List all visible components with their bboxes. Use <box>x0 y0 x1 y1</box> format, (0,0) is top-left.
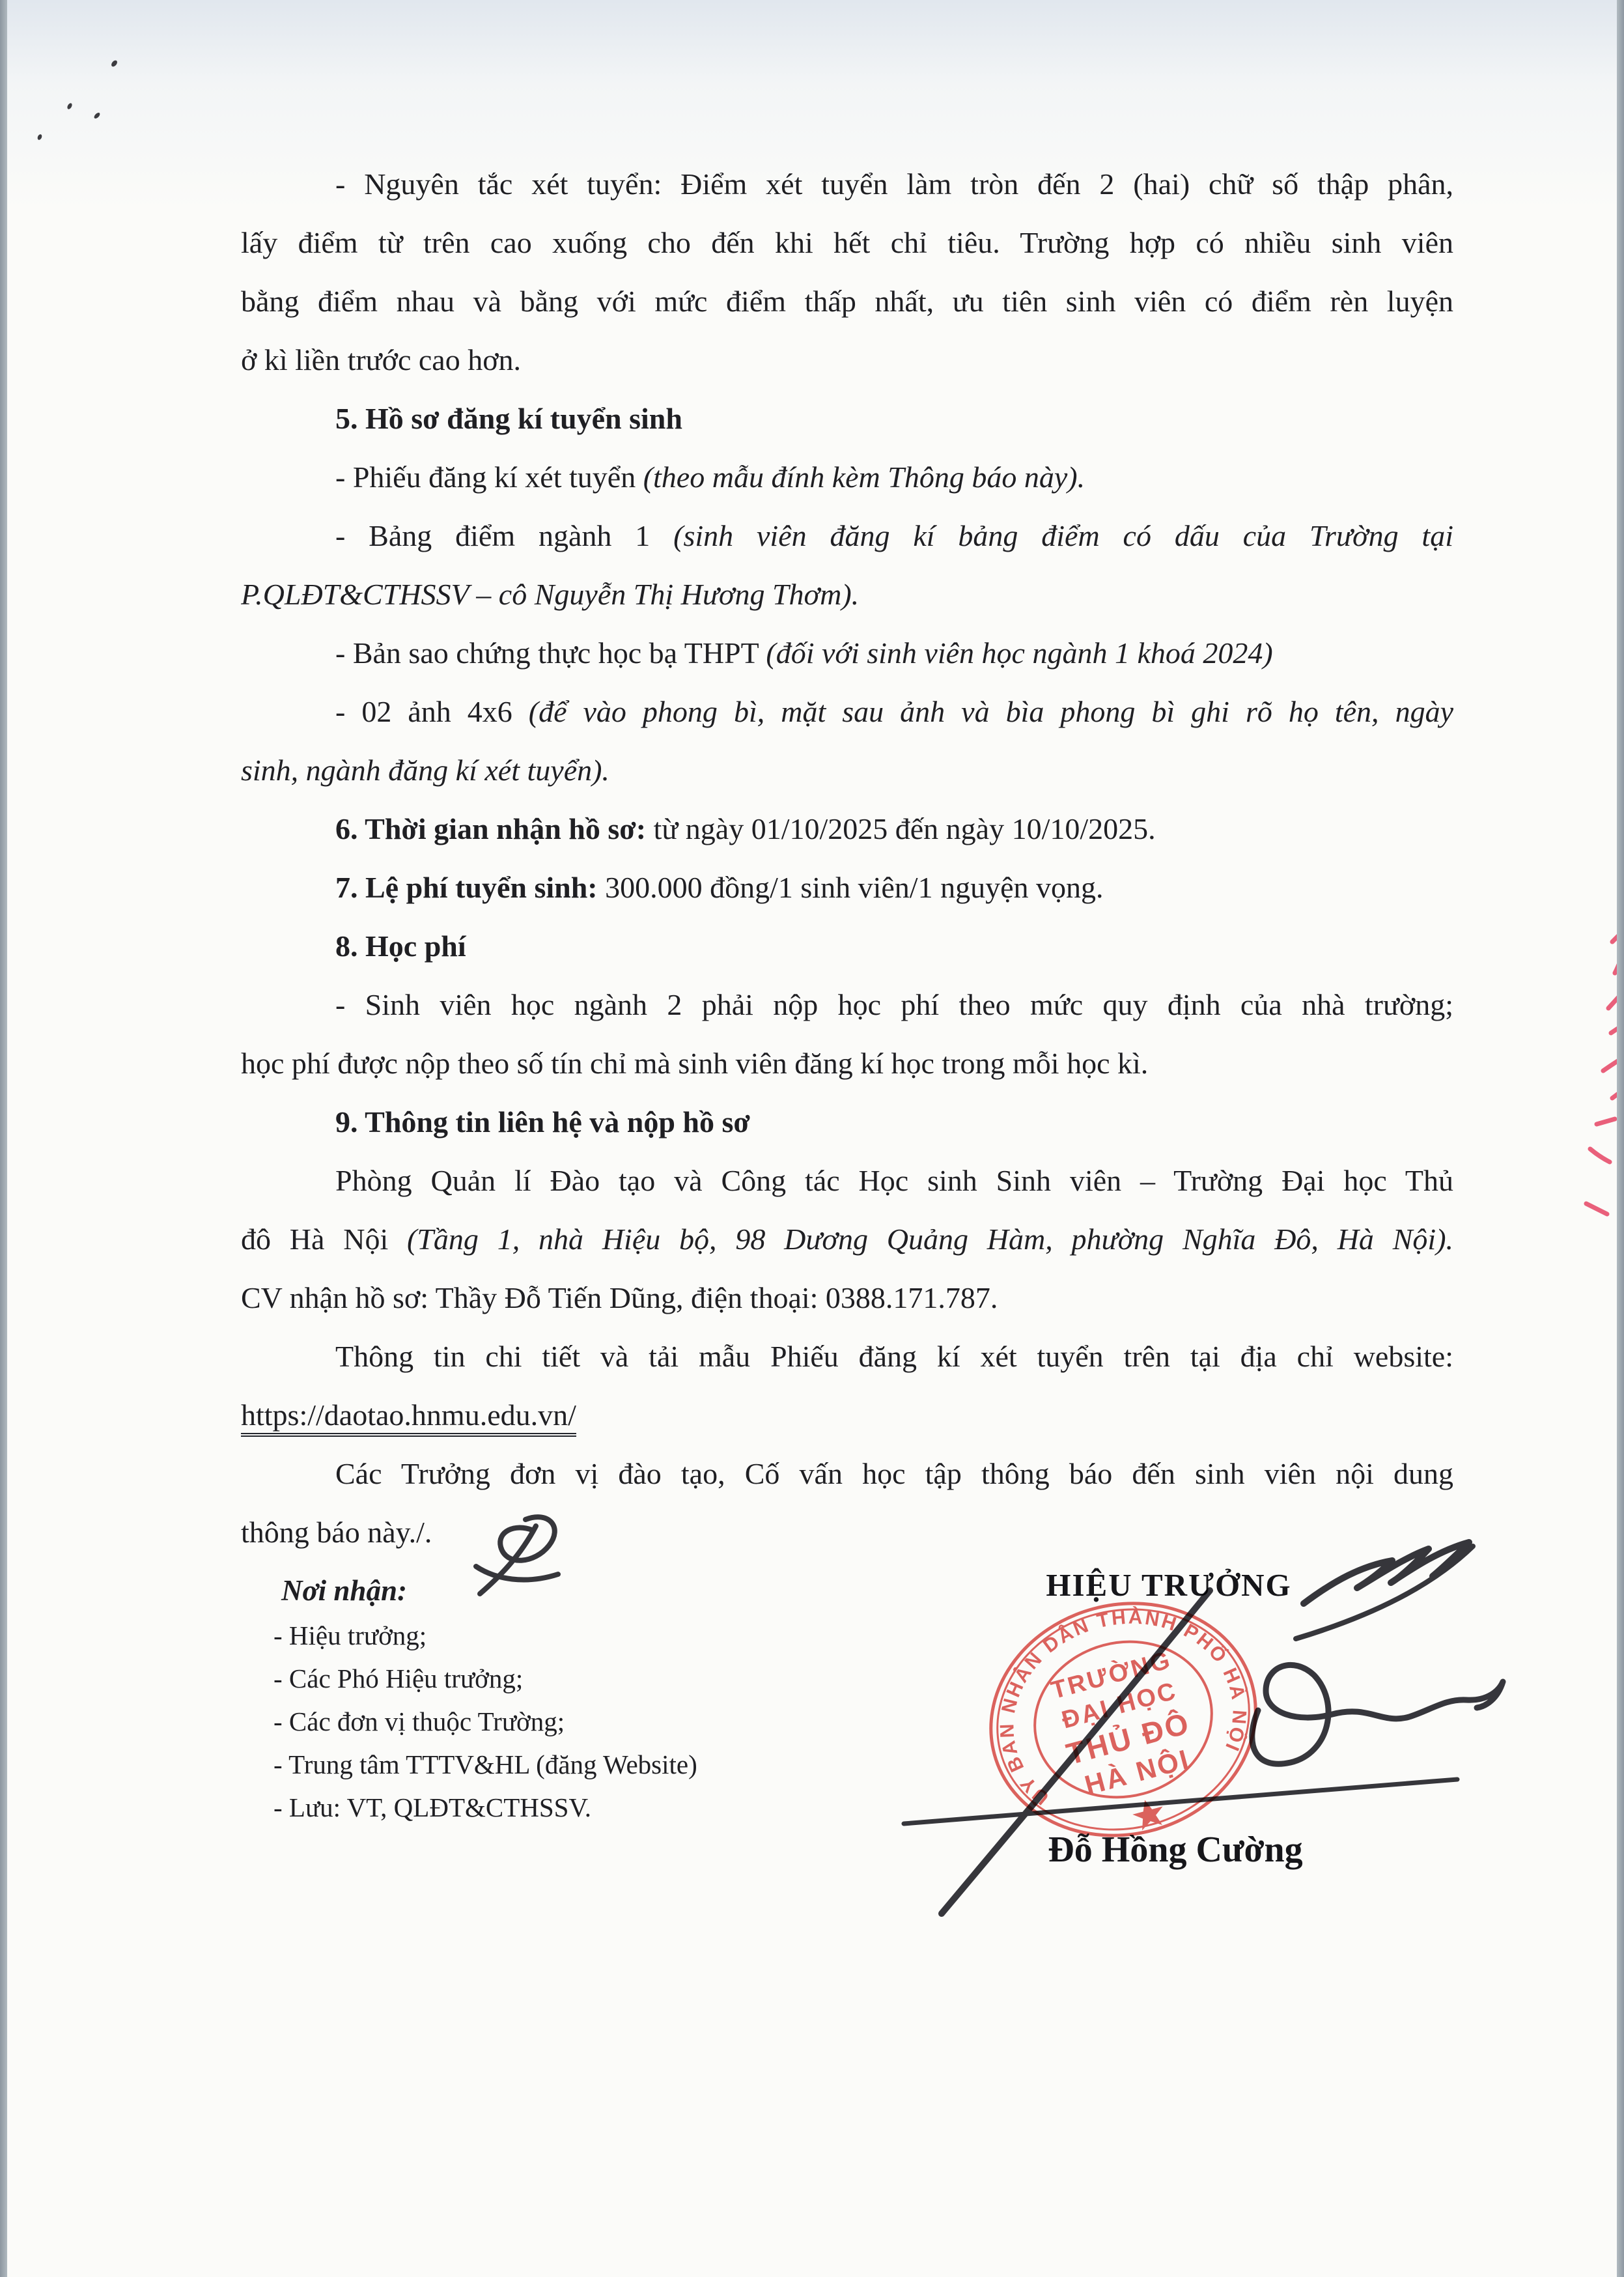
text-run: Các Trưởng đơn vị đào tạo, Cố vấn học tậ… <box>335 1457 1453 1490</box>
text-run: - Bản sao chứng thực học bạ THPT <box>335 636 766 670</box>
scan-edge-right <box>1617 0 1624 2277</box>
text-run: 6. Thời gian nhận hồ sơ: <box>335 812 646 845</box>
text-run: P.QLĐT&CTHSSV – cô Nguyễn Thị Hương Thơm… <box>241 578 859 611</box>
text-run: ở kì liền trước cao hơn. <box>241 343 521 376</box>
doc-line: - Phiếu đăng kí xét tuyển (theo mẫu đính… <box>241 448 1453 507</box>
text-run: - Nguyên tắc xét tuyển: Điểm xét tuyển l… <box>335 167 1453 201</box>
text-run: bằng điểm nhau và bằng với mức điểm thấp… <box>241 285 1453 318</box>
text-run: thông báo này./. <box>241 1516 432 1549</box>
doc-line: - 02 ảnh 4x6 (để vào phong bì, mặt sau ả… <box>241 683 1453 741</box>
text-run: sinh, ngành đăng kí xét tuyển). <box>241 754 609 787</box>
text-run: 8. Học phí <box>335 929 466 963</box>
doc-line: Phòng Quản lí Đào tạo và Công tác Học si… <box>241 1152 1453 1210</box>
recipients-block: Nơi nhận: - Hiệu trưởng; - Các Phó Hiệu … <box>273 1567 860 1829</box>
text-run: Phòng Quản lí Đào tạo và Công tác Học si… <box>335 1164 1453 1197</box>
document-body: - Nguyên tắc xét tuyển: Điểm xét tuyển l… <box>241 155 1453 1562</box>
text-run: - Bảng điểm ngành 1 <box>335 519 673 552</box>
text-run: 300.000 đồng/1 sinh viên/1 nguyện vọng. <box>598 871 1104 904</box>
dust-speck <box>110 59 118 68</box>
approval-initial <box>466 1501 576 1605</box>
doc-line: P.QLĐT&CTHSSV – cô Nguyễn Thị Hương Thơm… <box>241 565 1453 624</box>
text-run: (Tầng 1, nhà Hiệu bộ, 98 Dương Quảng Hàm… <box>407 1223 1453 1256</box>
recipient-item: - Hiệu trưởng; <box>273 1614 860 1657</box>
text-run: (đối với sinh viên học ngành 1 khoá 2024… <box>766 636 1272 670</box>
text-run: CV nhận hồ sơ: Thầy Đỗ Tiến Dũng, điện t… <box>241 1281 998 1314</box>
doc-line: Các Trưởng đơn vị đào tạo, Cố vấn học tậ… <box>241 1445 1453 1503</box>
doc-heading-7: 7. Lệ phí tuyển sinh: 300.000 đồng/1 sin… <box>241 858 1453 917</box>
doc-line: https://daotao.hnmu.edu.vn/ <box>241 1386 1453 1445</box>
dust-speck <box>93 111 101 119</box>
recipient-item: - Các đơn vị thuộc Trường; <box>273 1700 860 1743</box>
signature-ink <box>879 1518 1537 1941</box>
text-run: (sinh viên đăng kí bảng điểm có dấu của … <box>673 519 1453 552</box>
text-run: từ ngày 01/10/2025 đến ngày 10/10/2025. <box>646 812 1156 845</box>
dust-speck <box>36 134 42 141</box>
text-run: 5. Hồ sơ đăng kí tuyển sinh <box>335 402 682 435</box>
website-link[interactable]: https://daotao.hnmu.edu.vn/ <box>241 1398 576 1437</box>
doc-line: Thông tin chi tiết và tải mẫu Phiếu đăng… <box>241 1327 1453 1386</box>
text-run: 7. Lệ phí tuyển sinh: <box>335 871 598 904</box>
doc-line: lấy điểm từ trên cao xuống cho đến khi h… <box>241 214 1453 272</box>
recipient-item: - Các Phó Hiệu trưởng; <box>273 1657 860 1700</box>
doc-line: - Sinh viên học ngành 2 phải nộp học phí… <box>241 976 1453 1034</box>
doc-heading-9: 9. Thông tin liên hệ và nộp hồ sơ <box>241 1093 1453 1152</box>
text-run: học phí được nộp theo số tín chỉ mà sinh… <box>241 1047 1148 1080</box>
signature-underline <box>904 1779 1457 1824</box>
text-run: lấy điểm từ trên cao xuống cho đến khi h… <box>241 226 1453 259</box>
text-run: Thông tin chi tiết và tải mẫu Phiếu đăng… <box>335 1340 1453 1373</box>
dust-speck <box>66 102 73 110</box>
doc-line: CV nhận hồ sơ: Thầy Đỗ Tiến Dũng, điện t… <box>241 1269 1453 1327</box>
doc-heading-8: 8. Học phí <box>241 917 1453 976</box>
doc-line: đô Hà Nội (Tầng 1, nhà Hiệu bộ, 98 Dương… <box>241 1210 1453 1269</box>
recipient-item: - Lưu: VT, QLĐT&CTHSSV. <box>273 1786 860 1829</box>
text-run: (để vào phong bì, mặt sau ảnh và bìa pho… <box>529 695 1453 728</box>
signature-diagonal-stroke <box>942 1591 1210 1914</box>
scanned-page: - Nguyên tắc xét tuyển: Điểm xét tuyển l… <box>0 0 1624 2277</box>
doc-line: - Nguyên tắc xét tuyển: Điểm xét tuyển l… <box>241 155 1453 214</box>
doc-heading-6: 6. Thời gian nhận hồ sơ: từ ngày 01/10/2… <box>241 800 1453 858</box>
doc-line: học phí được nộp theo số tín chỉ mà sinh… <box>241 1034 1453 1093</box>
recipient-item: - Trung tâm TTTV&HL (đăng Website) <box>273 1743 860 1786</box>
doc-line: sinh, ngành đăng kí xét tuyển). <box>241 741 1453 800</box>
text-run: - Phiếu đăng kí xét tuyển <box>335 460 643 494</box>
text-run: - Sinh viên học ngành 2 phải nộp học phí… <box>335 988 1453 1021</box>
doc-line: ở kì liền trước cao hơn. <box>241 331 1453 389</box>
doc-line: bằng điểm nhau và bằng với mức điểm thấp… <box>241 272 1453 331</box>
text-run: (theo mẫu đính kèm Thông báo này). <box>643 460 1085 494</box>
text-run: - 02 ảnh 4x6 <box>335 695 529 728</box>
scan-edge-left <box>0 0 7 2277</box>
text-run: đô Hà Nội <box>241 1223 407 1256</box>
doc-line: - Bản sao chứng thực học bạ THPT (đối vớ… <box>241 624 1453 683</box>
text-run: 9. Thông tin liên hệ và nộp hồ sơ <box>335 1105 750 1138</box>
doc-line: - Bảng điểm ngành 1 (sinh viên đăng kí b… <box>241 507 1453 565</box>
doc-heading-5: 5. Hồ sơ đăng kí tuyển sinh <box>241 389 1453 448</box>
signature-loops <box>1252 1665 1503 1764</box>
